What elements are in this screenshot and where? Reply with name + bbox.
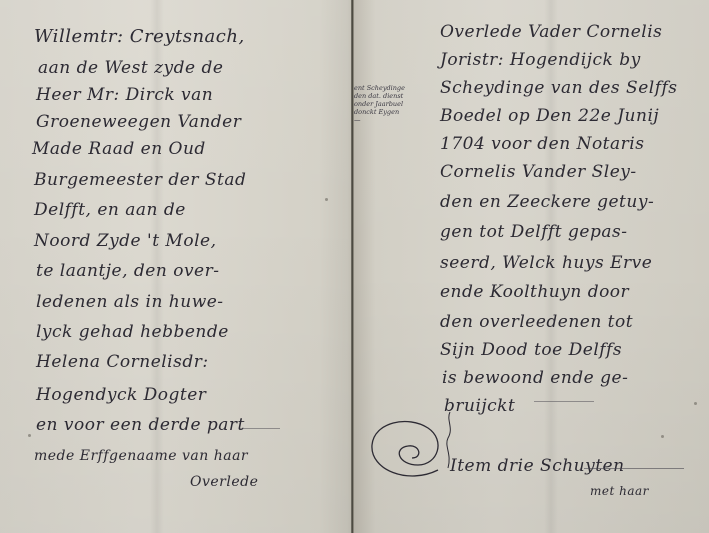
margin-note: ent Scheydinge den dat. dienst onder Jaa…	[354, 84, 414, 124]
manuscript-line: Boedel op Den 22e Junij	[440, 106, 659, 126]
manuscript-line: en voor een derde part	[36, 415, 245, 435]
manuscript-line: is bewoond ende ge-	[442, 368, 628, 388]
manuscript-line: mede Erffgenaame van haar	[34, 448, 248, 464]
manuscript-line: Delfft, en aan de	[34, 200, 186, 220]
manuscript-line: ende Koolthuyn door	[440, 282, 629, 302]
manuscript-line: lyck gehad hebbende	[36, 322, 229, 342]
paper-spot	[661, 435, 664, 438]
manuscript-spread: Willemtr: Creytsnach, aan de West zyde d…	[0, 0, 709, 533]
pen-stroke	[534, 401, 594, 402]
manuscript-line: Joristr: Hogendijck by	[440, 50, 641, 70]
paper-spot	[694, 402, 697, 405]
paper-spot	[325, 198, 328, 201]
manuscript-line: Noord Zyde 't Mole,	[34, 231, 216, 251]
manuscript-line: 1704 voor den Notaris	[440, 134, 644, 154]
manuscript-line: Groeneweegen Vander	[36, 112, 241, 132]
pen-stroke	[240, 428, 280, 429]
manuscript-line: den en Zeeckere getuy-	[440, 192, 654, 212]
pen-stroke	[584, 468, 684, 469]
manuscript-line: Overlede Vader Cornelis	[440, 22, 662, 42]
right-page: ent Scheydinge den dat. dienst onder Jaa…	[354, 0, 709, 533]
manuscript-line: gen tot Delfft gepas-	[440, 222, 627, 242]
manuscript-line: seerd, Welck huys Erve	[440, 253, 652, 273]
manuscript-line: Willemtr: Creytsnach,	[34, 26, 245, 47]
manuscript-line: met haar	[590, 484, 649, 498]
manuscript-line: Item drie Schuyten	[450, 456, 625, 476]
margin-note-line: —	[354, 116, 414, 124]
manuscript-line: Cornelis Vander Sley-	[440, 162, 637, 182]
margin-note-line: ent Scheydinge	[354, 84, 414, 92]
manuscript-line: ledenen als in huwe-	[36, 292, 224, 312]
manuscript-line: Helena Cornelisdr:	[36, 352, 209, 372]
left-page: Willemtr: Creytsnach, aan de West zyde d…	[0, 0, 352, 533]
manuscript-line: te laantje, den over-	[36, 261, 220, 281]
calligraphic-flourish-icon	[368, 410, 458, 485]
manuscript-line: Burgemeester der Stad	[34, 170, 246, 190]
manuscript-line: Hogendyck Dogter	[36, 385, 206, 405]
manuscript-line: Heer Mr: Dirck van	[36, 85, 213, 105]
manuscript-line: Overlede	[190, 474, 258, 490]
paper-spot	[28, 434, 31, 437]
margin-note-line: donckt Eygen	[354, 108, 414, 116]
manuscript-line: Made Raad en Oud	[32, 139, 206, 159]
margin-note-line: onder Jaarbuel	[354, 100, 414, 108]
manuscript-line: aan de West zyde de	[38, 58, 223, 78]
manuscript-line: Sijn Dood toe Delffs	[440, 340, 622, 360]
manuscript-line: Scheydinge van des Selffs	[440, 78, 678, 98]
margin-note-line: den dat. dienst	[354, 92, 414, 100]
manuscript-line: den overleedenen tot	[440, 312, 633, 332]
